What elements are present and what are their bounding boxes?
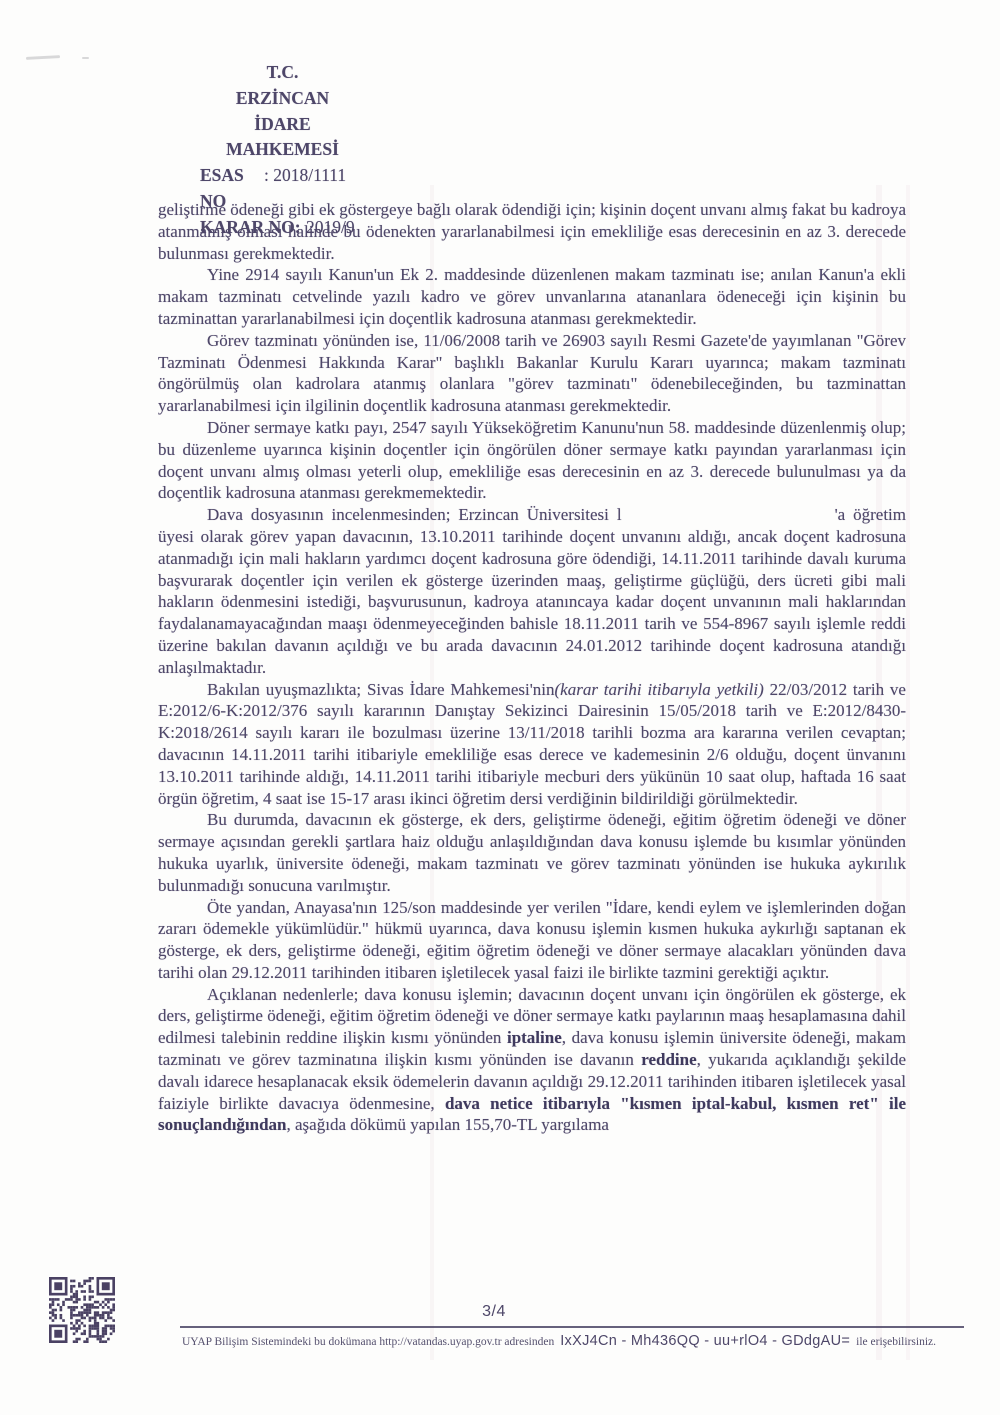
text-segment: Öte yandan, Anayasa'nın 125/son maddesin…	[158, 898, 906, 982]
qr-code-icon	[49, 1277, 115, 1343]
uyap-footer: UYAP Bilişim Sistemindeki bu dokümana ht…	[182, 1333, 982, 1349]
page-number: 3/4	[0, 1303, 988, 1321]
text-segment: Yine 2914 sayılı Kanun'un Ek 2. maddesin…	[158, 265, 906, 328]
uyap-footer-suffix: ile erişebilirsiniz.	[856, 1336, 936, 1348]
text-segment: (karar tarihi itibarıyla yetkili)	[555, 680, 764, 699]
text-segment: , aşağıda dökümü yapılan 155,70-TL yargı…	[287, 1115, 609, 1134]
text-segment: 'a öğretim üyesi olarak görev yapan dava…	[158, 505, 906, 677]
header-tc: T.C.	[200, 60, 365, 86]
court-decision-page: T.C. ERZİNCAN İDARE MAHKEMESİ ESAS NO : …	[0, 0, 1000, 1415]
text-segment: reddine	[641, 1050, 696, 1069]
uyap-footer-prefix: UYAP Bilişim Sistemindeki bu dokümana ht…	[182, 1336, 554, 1348]
text-segment: Döner sermaye katkı payı, 2547 sayılı Yü…	[158, 418, 906, 502]
paragraph-7: Bu durumda, davacının ek gösterge, ek de…	[158, 809, 906, 896]
scan-smudge	[26, 55, 60, 60]
paragraph-6: Bakılan uyuşmazlıkta; Sivas İdare Mahkem…	[158, 679, 906, 810]
text-segment: geliştirme ödeneği gibi ek göstergeye ba…	[158, 200, 906, 263]
text-segment: Bakılan uyuşmazlıkta; Sivas İdare Mahkem…	[207, 680, 555, 699]
paragraph-1: geliştirme ödeneği gibi ek göstergeye ba…	[158, 199, 906, 264]
paragraph-8: Öte yandan, Anayasa'nın 125/son maddesin…	[158, 897, 906, 984]
paragraph-3: Görev tazminatı yönünden ise, 11/06/2008…	[158, 330, 906, 417]
paragraph-4: Döner sermaye katkı payı, 2547 sayılı Yü…	[158, 417, 906, 504]
text-segment: Bu durumda, davacının ek gösterge, ek de…	[158, 810, 906, 894]
scan-smudge	[82, 57, 89, 59]
footer-divider	[180, 1326, 964, 1328]
paragraph-5: Dava dosyasının incelenmesinden; Erzinca…	[158, 504, 906, 678]
text-segment: Görev tazminatı yönünden ise, 11/06/2008…	[158, 331, 906, 415]
paragraph-2: Yine 2914 sayılı Kanun'un Ek 2. maddesin…	[158, 264, 906, 329]
text-segment: Dava dosyasının incelenmesinden; Erzinca…	[207, 505, 622, 524]
document-body: geliştirme ödeneği gibi ek göstergeye ba…	[158, 199, 906, 1307]
text-segment: iptaline	[507, 1028, 562, 1047]
header-court: İDARE MAHKEMESİ	[200, 112, 365, 164]
paragraph-9: Açıklanan nedenlerle; dava konusu işlemi…	[158, 984, 906, 1137]
header-city: ERZİNCAN	[200, 86, 365, 112]
uyap-verification-code: IxXJ4Cn - Mh436QQ - uu+rlO4 - GDdgAU=	[560, 1333, 850, 1349]
scan-streak	[906, 185, 910, 1360]
